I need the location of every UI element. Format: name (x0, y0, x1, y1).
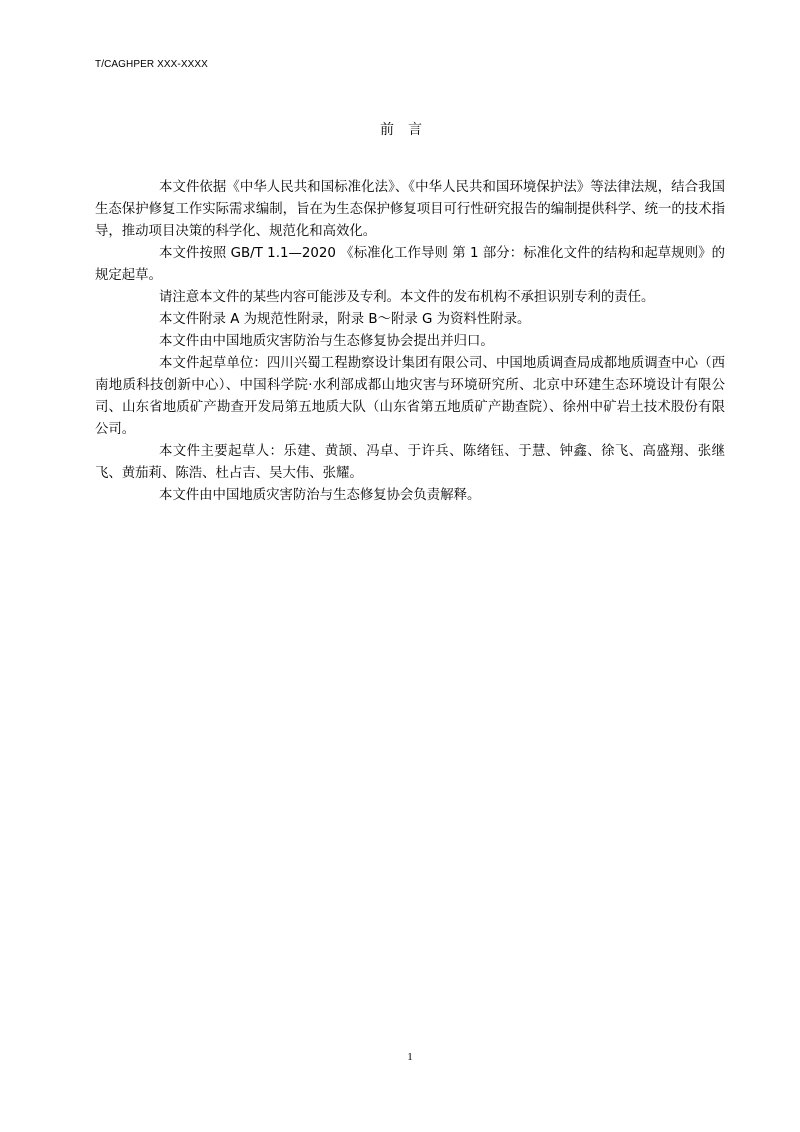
paragraph-drafters: 本文件主要起草人：乐建、黄颉、冯卓、于许兵、陈绪钰、于慧、钟鑫、徐飞、高盛翔、张… (95, 441, 725, 485)
paragraph-patent-notice: 请注意本文件的某些内容可能涉及专利。本文件的发布机构不承担识别专利的责任。 (95, 287, 725, 309)
paragraph-legal-basis: 本文件依据《中华人民共和国标准化法》、《中华人民共和国环境保护法》等法律法规，结… (95, 177, 725, 243)
foreword-body: 本文件依据《中华人民共和国标准化法》、《中华人民共和国环境保护法》等法律法规，结… (95, 177, 725, 507)
page-number: 1 (0, 1051, 800, 1063)
section-title-foreword: 前言 (0, 119, 800, 139)
paragraph-appendix-info: 本文件附录 A 为规范性附录，附录 B～附录 G 为资料性附录。 (95, 309, 725, 331)
paragraph-interpretation: 本文件由中国地质灾害防治与生态修复协会负责解释。 (95, 485, 725, 507)
paragraph-drafting-units: 本文件起草单位：四川兴蜀工程勘察设计集团有限公司、中国地质调查局成都地质调查中心… (95, 353, 725, 441)
paragraph-proposer: 本文件由中国地质灾害防治与生态修复协会提出并归口。 (95, 331, 725, 353)
document-code-header: T/CAGHPER XXX-XXXX (95, 59, 208, 70)
paragraph-drafting-rules: 本文件按照 GB/T 1.1—2020 《标准化工作导则 第 1 部分：标准化文… (95, 243, 725, 287)
